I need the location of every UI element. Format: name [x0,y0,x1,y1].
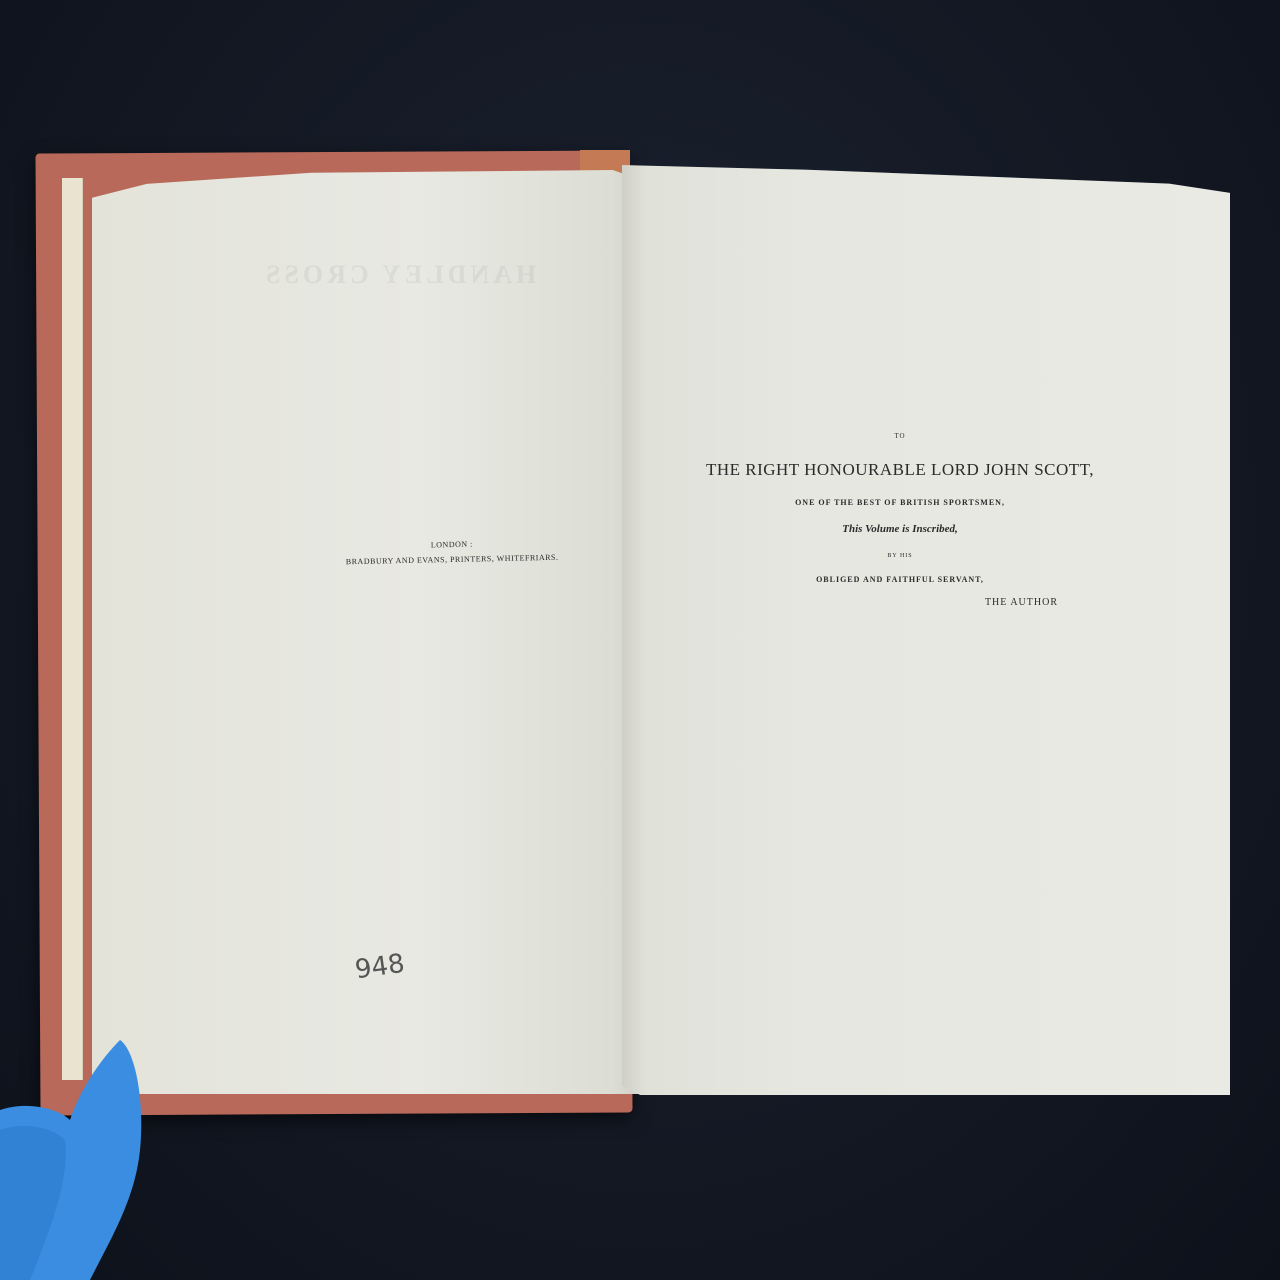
page-block-edge [62,178,83,1080]
gloved-hand [0,1040,160,1280]
imprint-printer: BRADBURY AND EVANS, PRINTERS, WHITEFRIAR… [252,551,652,568]
show-through-title: HANDLEY CROSS [262,260,536,290]
author-signature: THE AUTHOR [700,597,1100,608]
dedication-to: TO [700,432,1100,440]
left-page: HANDLEY CROSS LONDON : BRADBURY AND EVAN… [92,170,640,1094]
by-his: BY HIS [700,553,1100,559]
handwritten-number: 948 [353,949,406,986]
servant-line: OBLIGED AND FAITHFUL SERVANT, [700,575,1100,584]
printer-imprint: LONDON : BRADBURY AND EVANS, PRINTERS, W… [252,536,652,568]
imprint-city: LONDON : [252,536,652,553]
dedicatee-subtitle: ONE OF THE BEST OF BRITISH SPORTSMEN, [700,498,1100,507]
dedicatee-name: THE RIGHT HONOURABLE LORD JOHN SCOTT, [700,460,1100,480]
inscription-line: This Volume is Inscribed, [700,523,1100,535]
dedication: TO THE RIGHT HONOURABLE LORD JOHN SCOTT,… [700,432,1100,608]
right-page [622,165,1230,1095]
